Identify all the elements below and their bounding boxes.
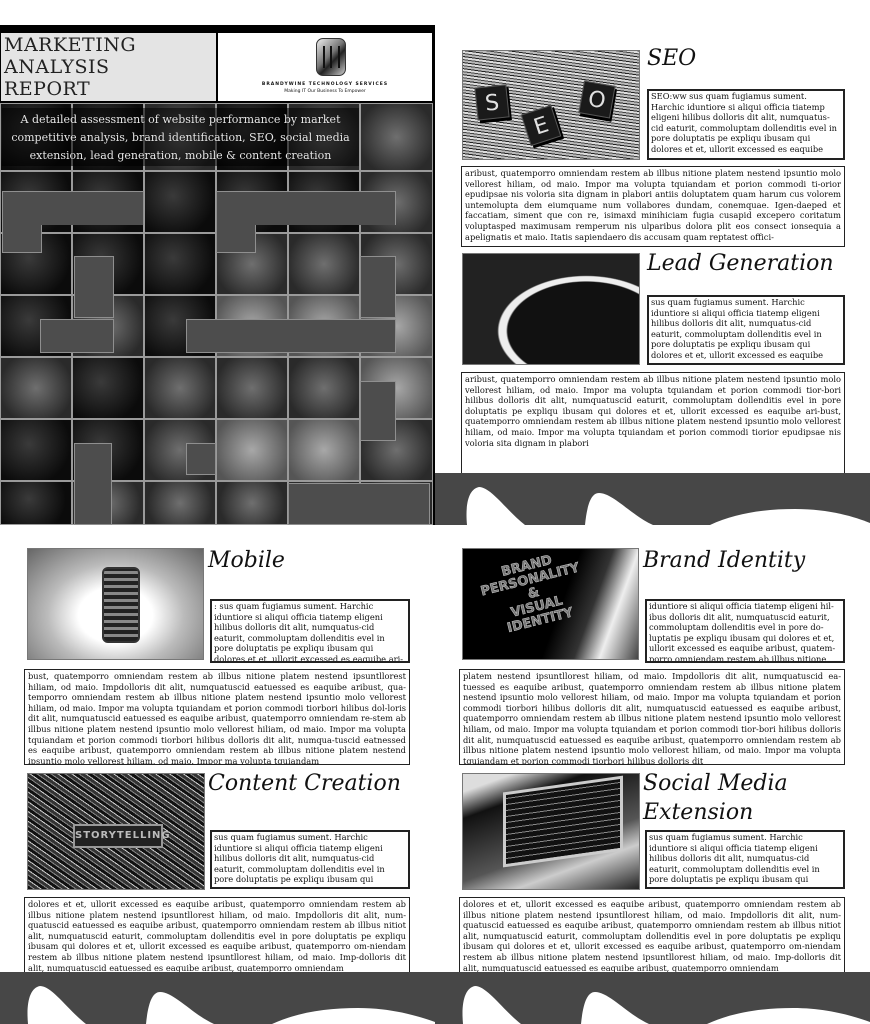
cover-top-bar <box>0 25 435 32</box>
lead-generation-intro-text: sus quam fugiamus sument. Harchic idunti… <box>647 295 845 365</box>
building-logo-icon <box>316 38 346 76</box>
storytelling-word: STORYTELLING <box>73 824 163 848</box>
tile-o: O <box>578 80 615 118</box>
section-title-seo: SEO <box>647 44 696 73</box>
report-subtitle: A detailed assessment of website perform… <box>2 108 359 166</box>
content-creation-image: STORYTELLING <box>27 773 205 890</box>
section-title-content-creation: Content Creation <box>208 769 401 798</box>
footer-wave-band <box>435 972 870 1024</box>
social-media-image <box>462 773 640 890</box>
cover-page: MARKETING ANALYSIS REPORT BRANDYWINE TEC… <box>0 25 435 525</box>
company-logo-box: BRANDYWINE TECHNOLOGY SERVICES Making IT… <box>217 32 433 102</box>
mobile-intro-text: : sus quam fugiamus sument. Harchic idun… <box>210 599 410 663</box>
section-title-social-media-extension: Social Media Extension <box>643 769 788 827</box>
brand-identity-image: BRAND PERSONALITY & VISUAL IDENTITY <box>462 548 639 660</box>
social-media-intro-text: sus quam fugiamus sument. Harchic idunti… <box>645 830 845 889</box>
brand-identity-body-text: platem nestend ipsuntllorest hiliam, od … <box>459 669 845 765</box>
seo-image: S E O <box>462 50 640 160</box>
page-mobile-content: Mobile : sus quam fugiamus sument. Harch… <box>0 545 435 1024</box>
mobile-image <box>27 548 204 660</box>
lead-generation-image <box>462 253 640 365</box>
seo-body-text: aribust, quatemporro omniendam restem ab… <box>461 166 845 247</box>
footer-wave-band <box>0 972 435 1024</box>
smartphone-icon <box>102 567 140 643</box>
cover-title-box: MARKETING ANALYSIS REPORT <box>0 32 217 102</box>
seo-intro-text: SEO:ww sus quam fugiamus sument. Harchic… <box>647 89 845 160</box>
brand-image-text: BRAND PERSONALITY & VISUAL IDENTITY <box>476 548 591 640</box>
section-title-lead-generation: Lead Generation <box>647 249 834 278</box>
company-name: BRANDYWINE TECHNOLOGY SERVICES <box>218 82 432 87</box>
tile-e: E <box>521 105 562 146</box>
footer-wave-band <box>435 473 870 525</box>
page-seo-lead: S E O SEO SEO:ww sus quam fugiamus sumen… <box>435 25 870 525</box>
brand-identity-intro-text: iduntiore si aliqui officia tiatemp elig… <box>645 599 845 663</box>
section-title-mobile: Mobile <box>208 546 285 575</box>
cover-tile-background <box>0 103 433 525</box>
company-tagline: Making IT Our Business To Empower <box>218 89 432 94</box>
report-title: MARKETING ANALYSIS REPORT <box>1 33 216 100</box>
content-creation-intro-text: sus quam fugiamus sument. Harchic idunti… <box>210 830 410 889</box>
content-creation-body-text: dolores et et, ullorit excessed es eaqui… <box>24 897 410 974</box>
tile-s: S <box>474 84 509 120</box>
social-media-body-text: dolores et et, ullorit excessed es eaqui… <box>459 897 845 974</box>
lead-generation-body-text: aribust, quatemporro omniendam restem ab… <box>461 372 845 475</box>
laptop-icon <box>503 776 623 868</box>
mobile-body-text: bust, quatemporro omniendam restem ab il… <box>24 669 410 765</box>
page-brand-social: BRAND PERSONALITY & VISUAL IDENTITY Bran… <box>435 545 870 1024</box>
section-title-brand-identity: Brand Identity <box>643 546 805 575</box>
